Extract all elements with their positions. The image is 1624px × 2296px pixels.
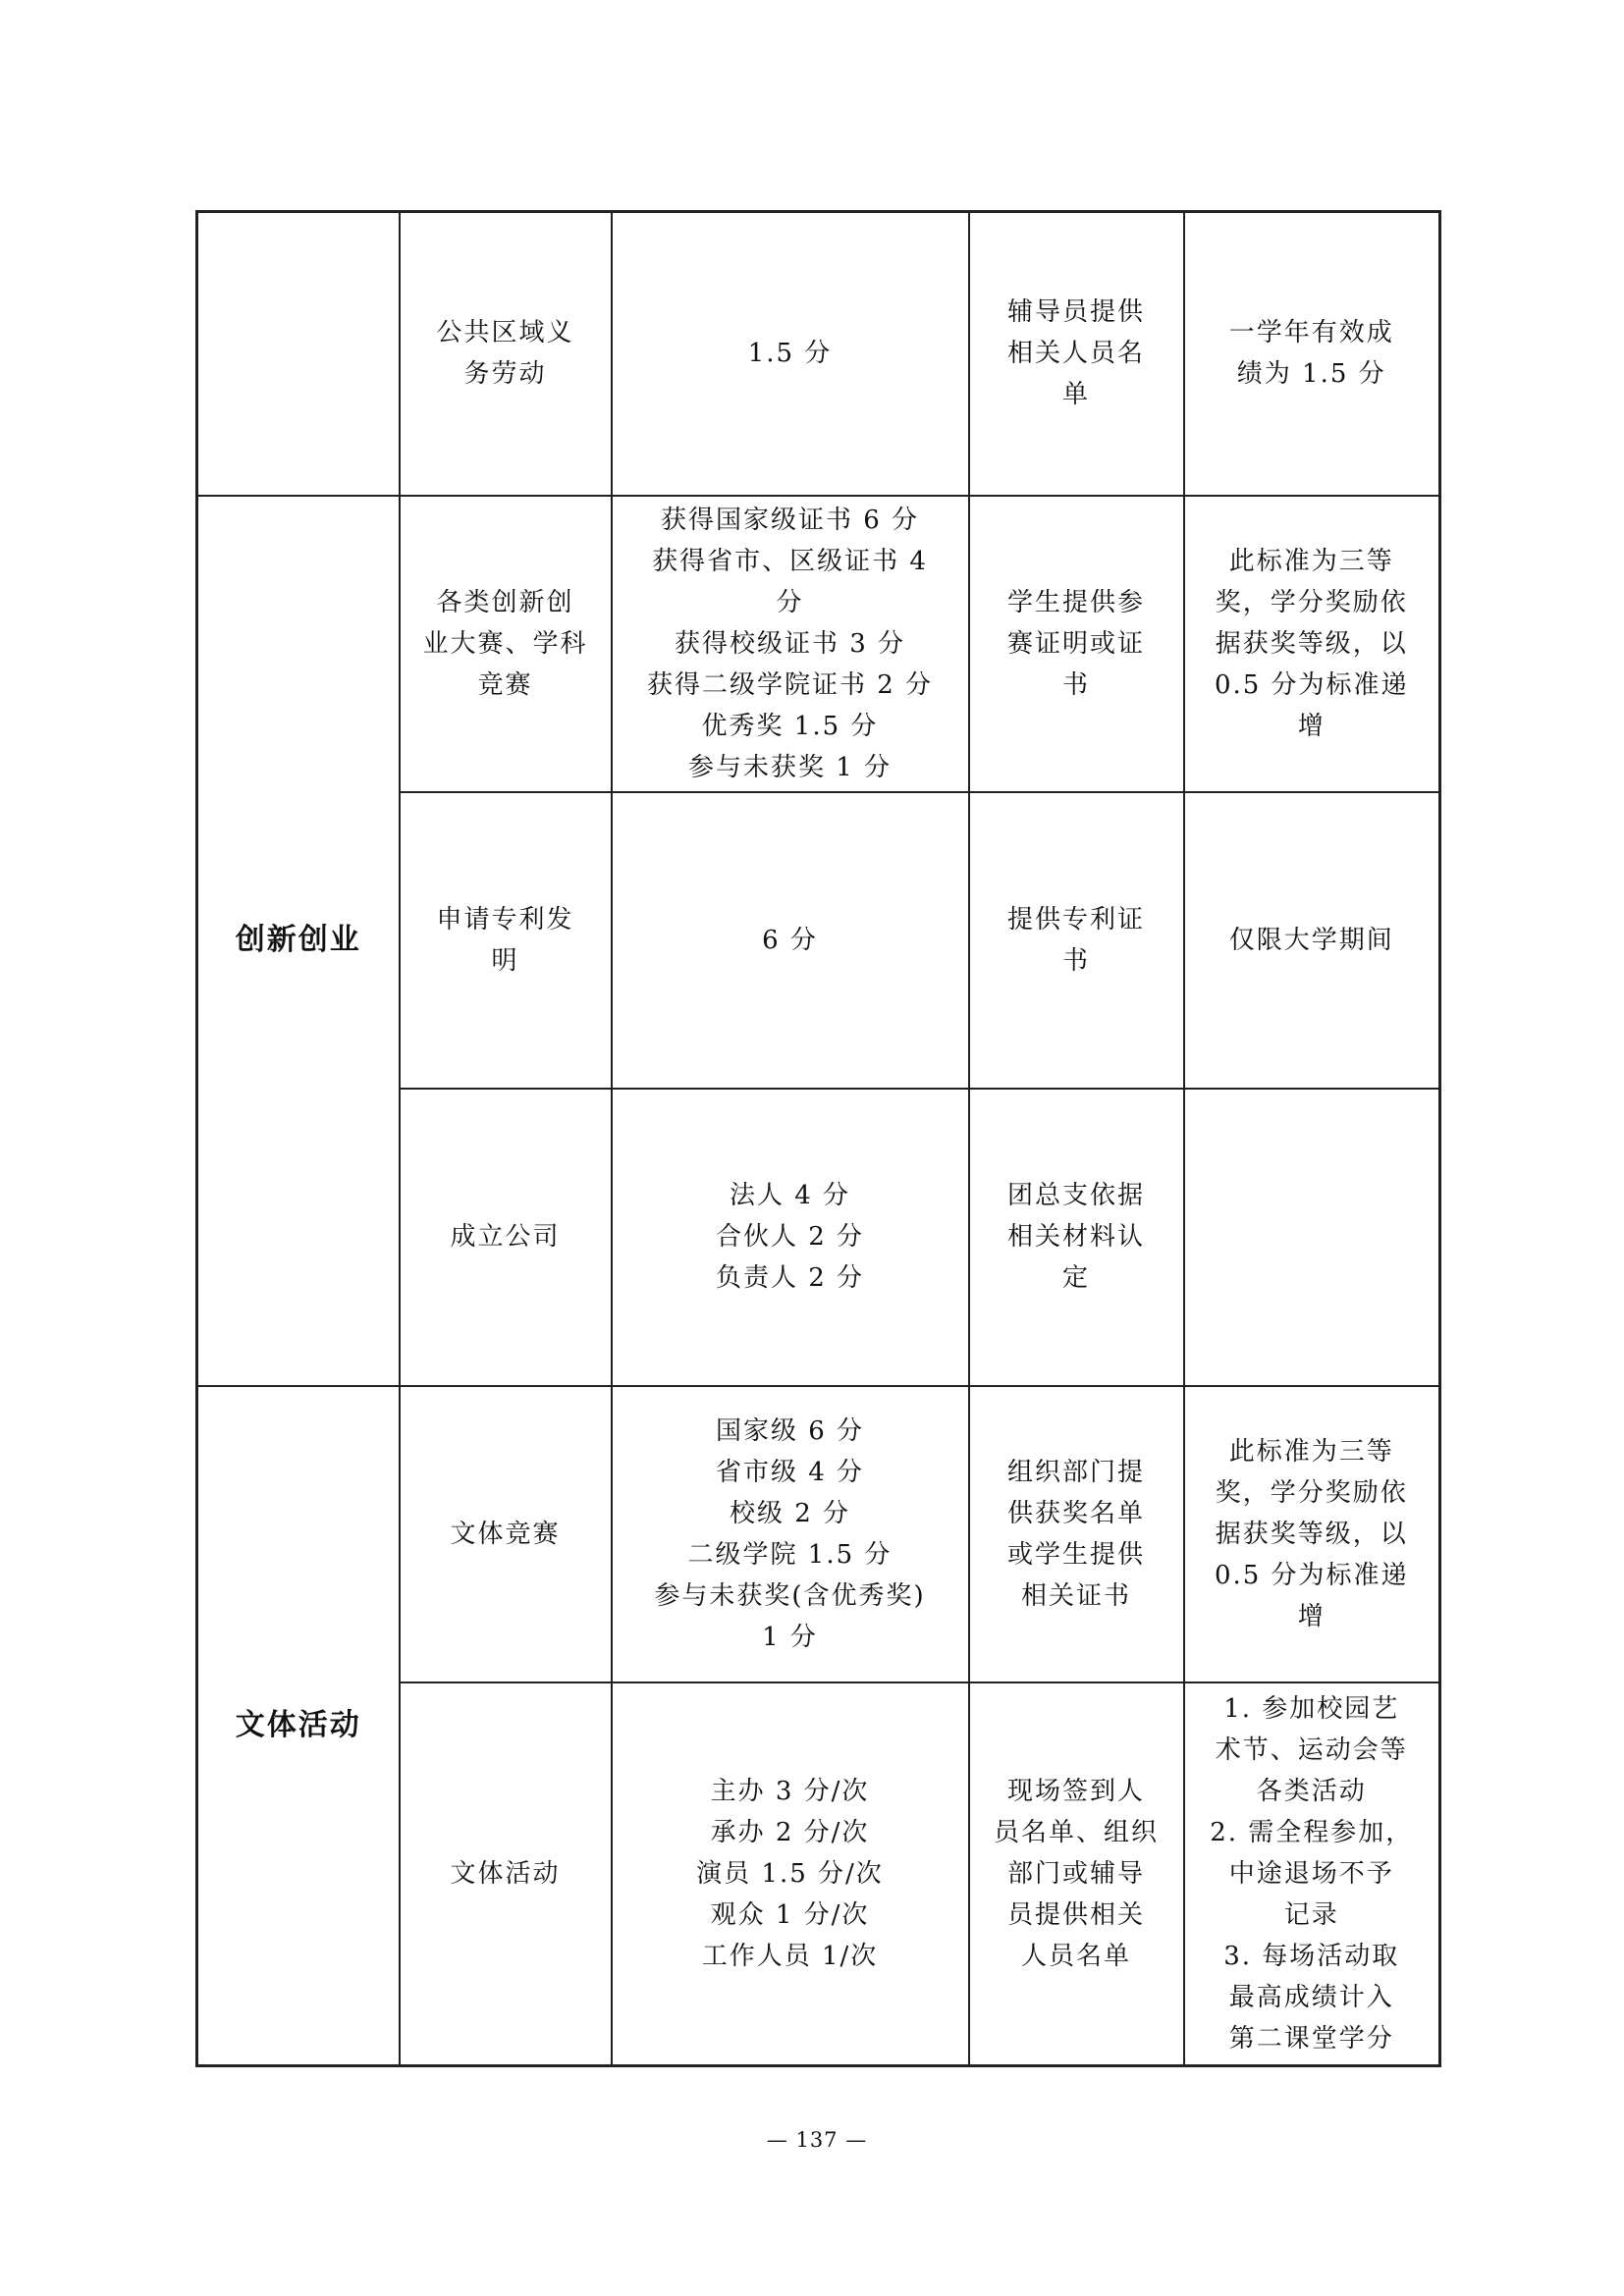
cell-r1-evidence: 辅导员提供 相关人员名 单 bbox=[969, 212, 1184, 496]
cell-r4-item: 成立公司 bbox=[400, 1089, 612, 1386]
cell-r4-note bbox=[1184, 1089, 1440, 1386]
cell-r2-item: 各类创新创 业大赛、学科 竞赛 bbox=[400, 496, 612, 792]
cell-r5-note: 此标准为三等 奖，学分奖励依 据获奖等级，以 0.5 分为标准递 增 bbox=[1184, 1386, 1440, 1682]
cell-r2-score: 获得国家级证书 6 分 获得省市、区级证书 4 分 获得校级证书 3 分 获得二… bbox=[612, 496, 969, 792]
cell-r2-evidence: 学生提供参 赛证明或证 书 bbox=[969, 496, 1184, 792]
cell-r6-evidence: 现场签到人 员名单、组织 部门或辅导 员提供相关 人员名单 bbox=[969, 1682, 1184, 2066]
cell-r3-item: 申请专利发 明 bbox=[400, 792, 612, 1089]
cell-r3-evidence: 提供专利证 书 bbox=[969, 792, 1184, 1089]
cell-r5-score: 国家级 6 分 省市级 4 分 校级 2 分 二级学院 1.5 分 参与未获奖(… bbox=[612, 1386, 969, 1682]
score-criteria-table: 公共区域义 务劳动 1.5 分 辅导员提供 相关人员名 单 一学年有效成 绩为 … bbox=[195, 210, 1441, 2067]
cell-r4-evidence: 团总支依据 相关材料认 定 bbox=[969, 1089, 1184, 1386]
cell-r5-evidence: 组织部门提 供获奖名单 或学生提供 相关证书 bbox=[969, 1386, 1184, 1682]
cell-category-culture-sports: 文体活动 bbox=[197, 1386, 400, 2066]
cell-r1-note: 一学年有效成 绩为 1.5 分 bbox=[1184, 212, 1440, 496]
cell-category-innovation: 创新创业 bbox=[197, 496, 400, 1386]
cell-r3-note: 仅限大学期间 bbox=[1184, 792, 1440, 1089]
cell-r6-score: 主办 3 分/次 承办 2 分/次 演员 1.5 分/次 观众 1 分/次 工作… bbox=[612, 1682, 969, 2066]
cell-category-continued-empty bbox=[197, 212, 400, 496]
cell-r6-note: 1. 参加校园艺 术节、运动会等 各类活动 2. 需全程参加， 中途退场不予 记… bbox=[1184, 1682, 1440, 2066]
cell-r1-item: 公共区域义 务劳动 bbox=[400, 212, 612, 496]
document-page: { "colors": { "background": "#ffffff", "… bbox=[0, 0, 1624, 2296]
cell-r2-note: 此标准为三等 奖，学分奖励依 据获奖等级，以 0.5 分为标准递 增 bbox=[1184, 496, 1440, 792]
cell-r4-score: 法人 4 分 合伙人 2 分 负责人 2 分 bbox=[612, 1089, 969, 1386]
cell-r5-item: 文体竞赛 bbox=[400, 1386, 612, 1682]
cell-r1-score: 1.5 分 bbox=[612, 212, 969, 496]
page-number: — 137 — bbox=[195, 2128, 1438, 2152]
cell-r6-item: 文体活动 bbox=[400, 1682, 612, 2066]
cell-r3-score: 6 分 bbox=[612, 792, 969, 1089]
